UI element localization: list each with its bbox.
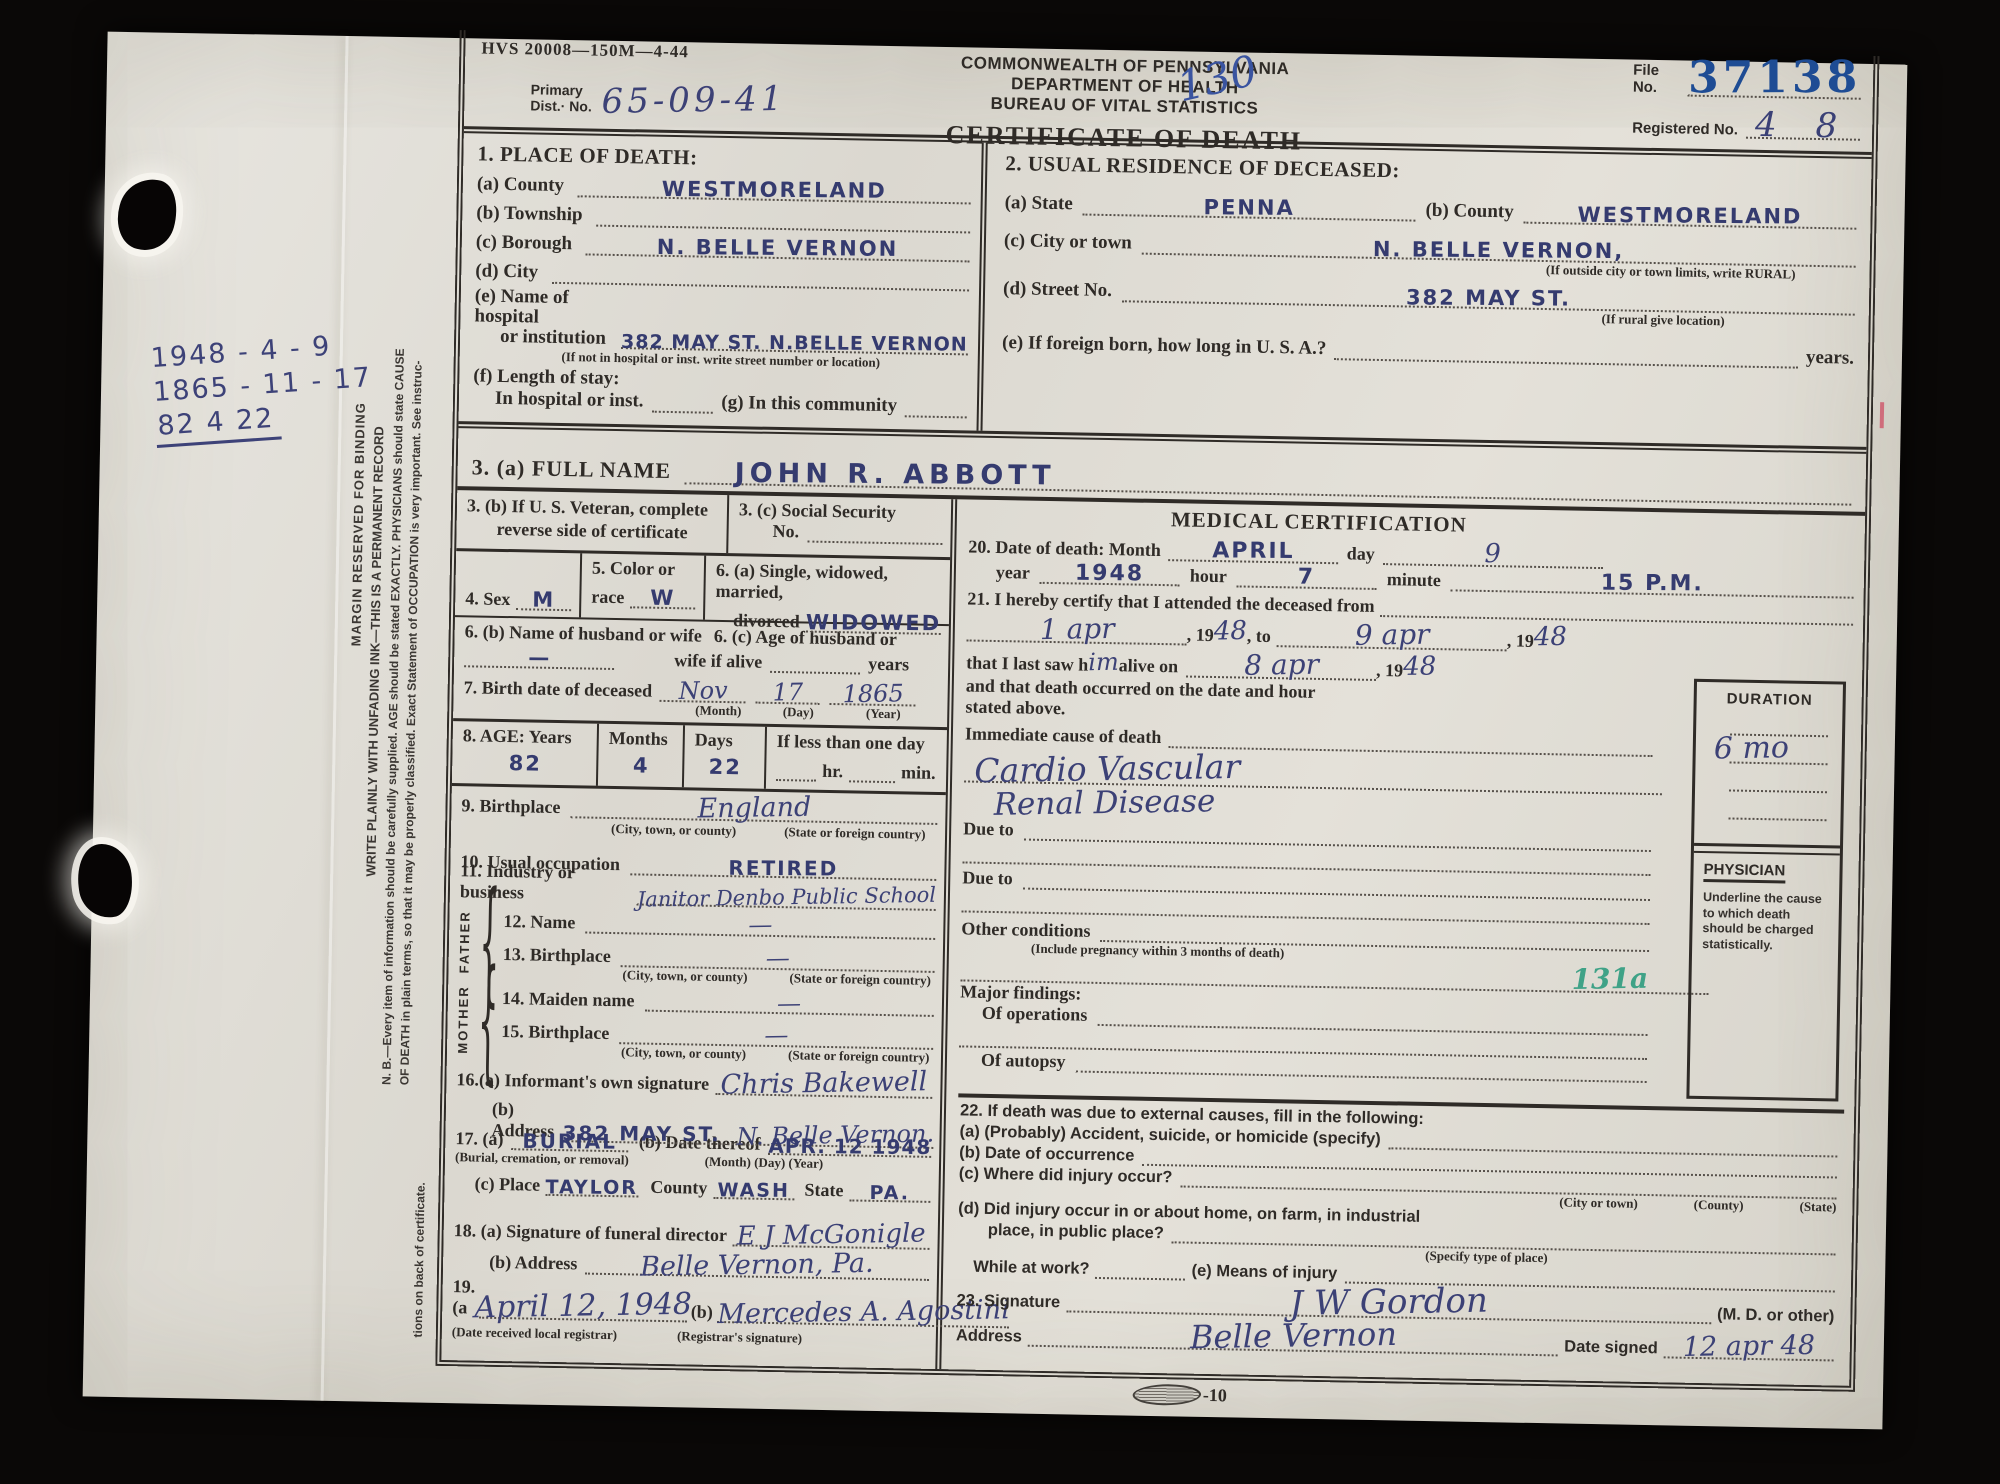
mother-birthplace-label: 15. Birthplace [501,1021,609,1044]
color-value: W [650,589,675,609]
disposal-a-label: 17. (a) [455,1128,503,1150]
death-minute-label: minute [1387,569,1441,591]
duration-dots-3 [1729,789,1827,793]
date-signed-label: Date signed [1564,1337,1658,1358]
to-label: , to [1247,625,1271,646]
residence-city-value: N. BELLE VERNON, [1373,240,1625,262]
months-label: Months [609,728,675,750]
md-addr-value: Belle Vernon [1189,1319,1396,1353]
c19a: , 19 [1187,624,1214,645]
funeral-sig-label: 18. (a) Signature of funeral director [454,1220,728,1246]
death-year-value: 1948 [1075,564,1144,585]
min-label: min. [901,762,936,784]
lastsaw-year-value: 48 [1403,651,1437,682]
page-code: -10 [1203,1385,1227,1406]
occupation-value: RETIRED [728,859,838,879]
residence-foreign-label: (e) If foreign born, how long in U. S. A… [1002,332,1327,360]
duration-value: 6 mo [1714,730,1790,766]
father-birthplace-label: 13. Birthplace [503,944,611,967]
attended-to-value: 9 apr [1354,622,1429,650]
birthplace-state-note: (State or foreign country) [784,824,926,843]
attended-from-value: 1 apr [1039,616,1114,644]
birth-day-value: 17 [773,681,804,704]
spouse-age-label2: wife if alive [674,650,762,673]
union-label-emblem [1129,1384,1204,1406]
date-signed-value: 12 apr 48 [1683,1333,1816,1361]
registered-value: 4 8 [1755,112,1852,141]
spouse-value: — [528,649,551,669]
birthplace-value: England [697,795,811,823]
department-block: COMMONWEALTH OF PENNSYLVANIA DEPARTMENT … [804,50,1446,160]
lastsaw-label2: alive on [1118,655,1178,677]
row-birthplace: 9. Birthplace England (City, town, or co… [451,786,946,853]
place-township-label: (b) Township [476,202,583,226]
certificate-paper: MARGIN RESERVED FOR BINDING WRITE PLAINL… [83,32,1908,1430]
birthplace-label: 9. Birthplace [461,795,560,818]
parents-braces: { { [477,905,502,1061]
cause-value1: Cardio Vascular [974,751,1240,787]
marital-value: WIDOWED [806,613,941,634]
md-sig-suffix: (M. D. or other) [1717,1306,1835,1327]
external-c-label: (c) Where did injury occur? [959,1164,1173,1187]
mother-name-label: 14. Maiden name [502,988,635,1011]
residence-state-value: PENNA [1203,198,1294,219]
disposal-a-value: BURIAL [523,1132,618,1152]
medical-certification: MEDICAL CERTIFICATION 20. Date of death:… [958,499,1855,1109]
punch-hole-top [110,172,185,257]
age-days-value: 22 [708,755,742,780]
mother-birthplace-value: — [764,1024,788,1047]
row-veteran-ssn: 3. (b) If U. S. Veteran, complete revers… [456,490,951,560]
primary-dist-label1: Primary [531,81,593,98]
row-sex-color-marital: 4. Sex M 5. Color or race W 6. (a) Singl… [455,551,950,626]
external-b-label: (b) Date of occurrence [959,1143,1134,1165]
external-d-label2: place, in public place? [988,1221,1164,1243]
death-day-value: 9 [1484,542,1501,567]
place-borough-value: N. BELLE VERNON [657,238,899,260]
from-year-value: 48 [1214,616,1248,647]
row-informant: 16.(a) Informant's own signature Chris B… [446,1060,941,1133]
top-sections: 1. PLACE OF DEATH: (a) County WESTMORELA… [459,133,1872,447]
sex-label: 4. Sex [465,588,510,610]
mother-brace: { [477,954,499,1090]
place-community-label: (g) In this community [721,392,897,417]
lastsaw-label1: that I last saw h [966,652,1088,675]
place-county-value: WESTMORELAND [662,180,887,202]
death-day-label: day [1347,543,1375,565]
parents-rail: FATHER MOTHER [447,904,480,1061]
spouse-age-suffix: years [868,654,909,676]
funeral-addr-label: (b) Address [489,1252,578,1275]
parents-block: FATHER MOTHER { { 12. Name — 13. Birthpl… [447,904,944,1069]
paper-crease [321,36,349,1401]
place-hospital-label: (e) Name of hospitalor institution [474,286,614,348]
residence-county-value: WESTMORELAND [1578,206,1803,228]
residence-street-value: 382 MAY ST. [1406,288,1571,309]
residence-street-label: (d) Street No. [1003,278,1112,302]
punch-hole-bottom [74,841,137,921]
other-conditions-label: Other conditions [961,918,1091,941]
disposal-state-label: State [804,1180,843,1202]
stamp-131a: 131a [1572,966,1649,994]
md-addr-label: Address [956,1326,1022,1346]
color-label2: race [591,587,624,609]
row-birthdate: 7. Birth date of deceased Nov 17 1865 (M… [453,671,948,730]
external-causes-section: 22. If death was due to external causes,… [954,1093,1844,1361]
certificate-form: HVS 20008—150M—4-44 COMMONWEALTH OF PENN… [435,30,1879,1392]
funeral-addr-value: Belle Vernon, Pa. [640,1250,874,1280]
spouse-label: 6. (b) Name of husband or wife [465,621,703,646]
left-column: 3. (b) If U. S. Veteran, complete revers… [441,490,957,1369]
registrar-a-note: (Date received local registrar) [452,1324,617,1343]
physician-note: Underline the cause to which death shoul… [1702,890,1831,955]
duration-physician-box: DURATION 6 mo PHYSICIAN Underline the ca… [1686,679,1846,1102]
full-name-value: JOHN R. ABBOTT [735,461,1056,489]
age-years-value: 82 [508,751,542,776]
death-month-value: APRIL [1213,541,1295,563]
father-name-value: — [748,914,772,937]
while-at-work-label: While at work? [973,1258,1090,1279]
disposal-c-value: TAYLOR [546,1178,638,1197]
veteran-label: 3. (b) If U. S. Veteran, complete revers… [466,494,719,544]
residence-state-label: (a) State [1004,192,1072,215]
disposal-county-label: County [650,1177,707,1199]
registrar-date-value: April 12, 1948 [474,1290,692,1322]
death-date-label: 20. Date of death: Month [968,536,1161,561]
margin-text-nb-3: tions on back of certificate. [411,1047,430,1337]
due2-label: Due to [962,867,1013,889]
funeral-sig-value: E J McGonigle [737,1222,926,1250]
primary-district: Primary Dist.· No. 65-09-41 [530,77,787,118]
form-number: HVS 20008—150M—4-44 [481,38,689,62]
hr-label: hr. [822,761,843,782]
residence-foreign-suffix: years. [1806,347,1854,370]
medical-column: MEDICAL CERTIFICATION 20. Date of death:… [941,499,1865,1385]
disposal-b-value: APR. 12 1948 [768,1137,931,1157]
primary-dist-label2: Dist.· No. [530,97,592,114]
father-rail-label: FATHER [456,910,472,973]
registrar-a-label: 19. (a [452,1276,475,1318]
age-label: 8. AGE: Years [463,725,589,748]
duration-dots-4 [1728,817,1826,821]
death-hour-value: 7 [1298,567,1315,588]
registrar-b-label: (b) [691,1302,713,1323]
father-name-label: 12. Name [503,911,575,933]
operations-label: Of operations [982,1002,1088,1025]
birth-year-value: 1865 [842,682,903,706]
registered-number-row: Registered No. 4 8 [1632,110,1860,141]
father-birthplace-value: — [766,947,790,970]
age-months-value: 4 [633,753,650,777]
residence-county-label: (b) County [1425,200,1514,224]
row-funeral-director: 18. (a) Signature of funeral director E … [443,1212,938,1281]
duration-separator [1694,843,1840,856]
sex-value: M [532,591,555,611]
full-name-label: 3. (a) FULL NAME [471,454,671,484]
to-year-value: 48 [1534,622,1568,653]
registered-label: Registered No. [1632,120,1738,139]
place-county-label: (a) County [477,173,564,197]
informant-sig-value: Chris Bakewell [720,1069,927,1098]
place-hospital-value: 382 MAY ST. N.BELLE VERNON [621,333,968,354]
autopsy-label: Of autopsy [981,1049,1066,1072]
marital-label1: 6. (a) Single, widowed, married, [715,560,942,606]
md-sig-label: 23. Signature [956,1292,1060,1313]
main-columns: 3. (b) If U. S. Veteran, complete revers… [441,490,1865,1386]
lastsaw-hw: im [1088,647,1119,676]
registrar-b-note: (Registrar's signature) [677,1328,802,1346]
disposal-county-value: WASH [718,1181,791,1200]
c19b: , 19 [1507,630,1534,651]
disposal-state-value: PA. [870,1184,911,1202]
pink-mark [1880,402,1884,428]
margin-text-binding: MARGIN RESERVED FOR BINDING [348,416,367,646]
mother-rail-label: MOTHER [454,986,470,1055]
residence-city-label: (c) City or town [1004,230,1132,254]
place-borough-label: (c) Borough [476,231,573,255]
death-minute-value: 15 P.M. [1601,573,1704,595]
color-label1: 5. Color or [592,558,696,581]
disposal-c-label: (c) Place [474,1174,540,1196]
birthdate-label: 7. Birth date of deceased [464,677,653,701]
duration-label: DURATION [1697,690,1843,710]
file-no-stamp: 37138 [1688,58,1861,98]
margin-handwritten-notes: 1948 - 4 - 9 1865 - 11 - 17 82 4 22 [150,327,376,448]
means-of-injury-label: (e) Means of injury [1191,1262,1337,1284]
physician-label: PHYSICIAN [1703,861,1785,883]
file-no-label: File No. [1633,61,1681,96]
registrar-notes: (Date received local registrar) (Registr… [452,1324,928,1349]
ssn-label2: No. [772,521,799,542]
scanned-death-certificate: { "header": { "form_no": "HVS 20008—150M… [0,0,2000,1484]
death-hour-label: hour [1190,565,1227,587]
place-length-sub: In hospital or inst. [495,388,644,413]
section-place-of-death: 1. PLACE OF DEATH: (a) County WESTMORELA… [459,133,988,431]
section-usual-residence: 2. USUAL RESIDENCE OF DECEASED: (a) Stat… [982,143,1871,447]
c19c: , 19 [1376,660,1403,681]
lastsaw-value: 8 apr [1244,652,1319,680]
margin-note-age-calc: 82 4 22 [154,401,281,448]
cause-value2: Renal Disease [993,787,1215,820]
form-footer: -10 [1133,1384,1227,1407]
days-label: Days [695,730,757,752]
file-number-row: File No. 37138 [1633,56,1862,100]
ssn-label1: 3. (c) Social Security [739,499,943,524]
mother-name-value: — [777,992,801,1015]
industry-value: Janitor Denbo Public School [637,886,936,911]
place-city-label: (d) City [475,260,538,283]
less-than-day-label: If less than one day [777,731,939,755]
death-year-label: year [996,562,1030,584]
birth-month-value: Nov [678,679,727,703]
row-registrar: 19. (a April 12, 1948 (b) Mercedes A. Ag… [442,1272,937,1347]
row-age: 8. AGE: Years 82 Months 4 Days 22 If les… [452,721,947,795]
primary-dist-value: 65-09-41 [602,79,787,122]
